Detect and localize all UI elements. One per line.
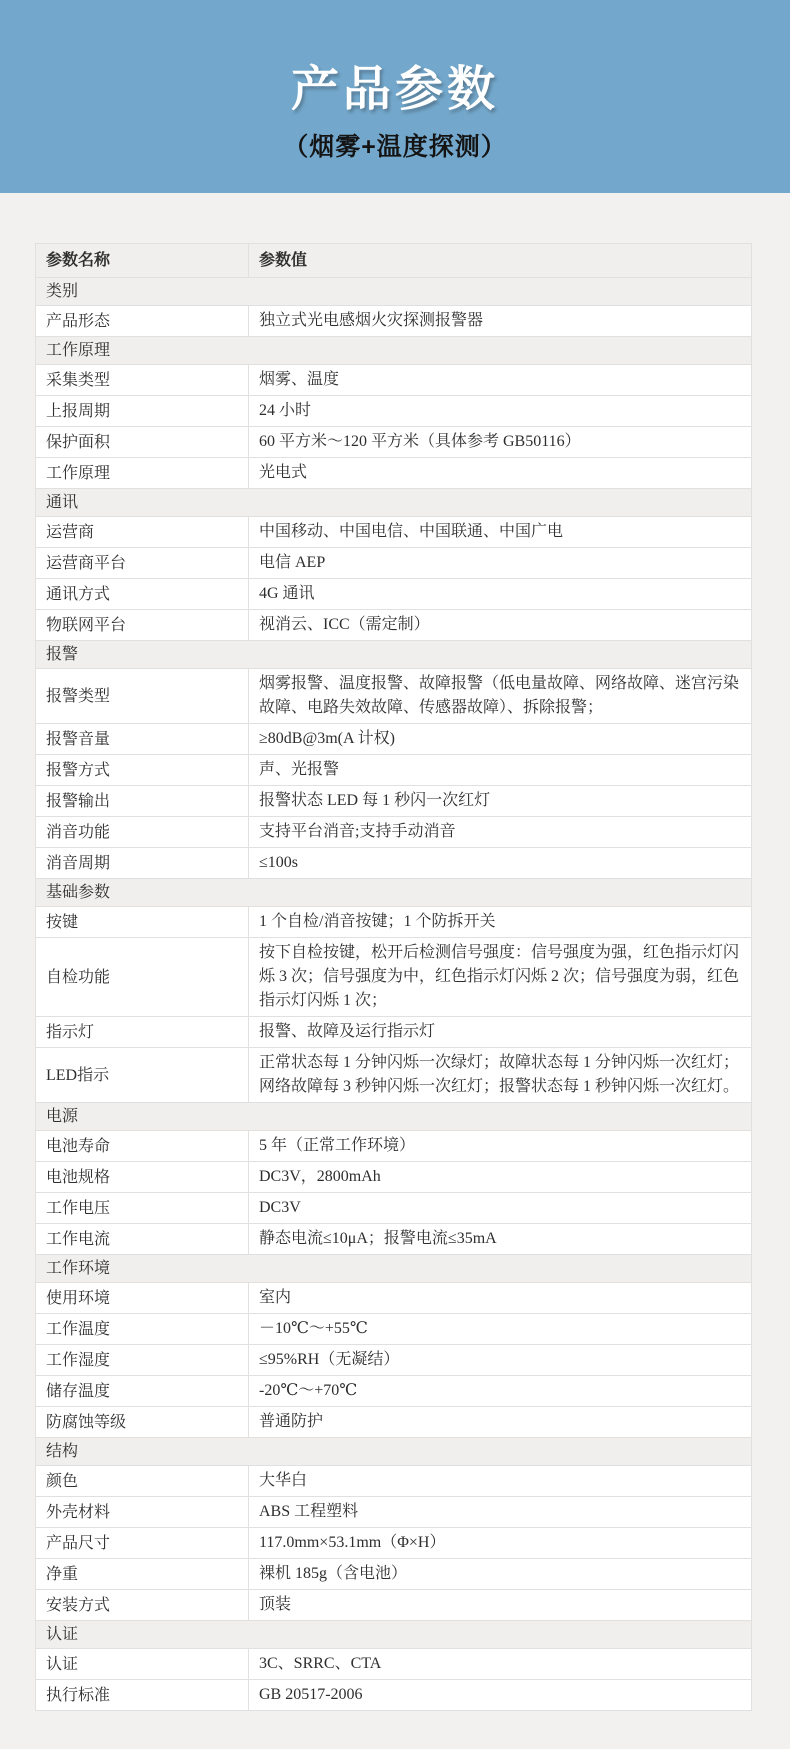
- param-name: 执行标准: [36, 1680, 249, 1711]
- param-row: 保护面积60 平方米～120 平方米（具体参考 GB50116）: [36, 427, 752, 458]
- param-value: 4G 通讯: [249, 579, 752, 610]
- param-value: ≤95%RH（无凝结）: [249, 1345, 752, 1376]
- param-name: 净重: [36, 1559, 249, 1590]
- param-name: 工作温度: [36, 1314, 249, 1345]
- param-value: 报警、故障及运行指示灯: [249, 1017, 752, 1048]
- param-name: LED指示: [36, 1048, 249, 1103]
- param-name: 报警输出: [36, 786, 249, 817]
- section-label: 工作环境: [36, 1255, 752, 1283]
- param-value: ≥80dB@3m(A 计权): [249, 724, 752, 755]
- section-label: 基础参数: [36, 879, 752, 907]
- param-name: 报警方式: [36, 755, 249, 786]
- param-value: －10℃～+55℃: [249, 1314, 752, 1345]
- param-name: 运营商: [36, 517, 249, 548]
- section-row: 工作环境: [36, 1255, 752, 1283]
- param-value: 烟雾报警、温度报警、故障报警（低电量故障、网络故障、迷宫污染故障、电路失效故障、…: [249, 669, 752, 724]
- banner: 产品参数 （烟雾+温度探测）: [0, 0, 790, 193]
- param-row: 产品形态独立式光电感烟火灾探测报警器: [36, 306, 752, 337]
- param-value: 裸机 185g（含电池）: [249, 1559, 752, 1590]
- spec-table: 参数名称 参数值 类别产品形态独立式光电感烟火灾探测报警器工作原理采集类型烟雾、…: [35, 243, 752, 1711]
- param-row: 使用环境室内: [36, 1283, 752, 1314]
- param-row: 外壳材料ABS 工程塑料: [36, 1497, 752, 1528]
- param-name: 保护面积: [36, 427, 249, 458]
- param-value: 独立式光电感烟火灾探测报警器: [249, 306, 752, 337]
- param-value: 光电式: [249, 458, 752, 489]
- param-value: 按下自检按键，松开后检测信号强度：信号强度为强，红色指示灯闪烁 3 次；信号强度…: [249, 938, 752, 1017]
- param-name: 自检功能: [36, 938, 249, 1017]
- param-name: 物联网平台: [36, 610, 249, 641]
- param-row: 指示灯报警、故障及运行指示灯: [36, 1017, 752, 1048]
- param-value: 24 小时: [249, 396, 752, 427]
- param-name: 运营商平台: [36, 548, 249, 579]
- param-row: 通讯方式4G 通讯: [36, 579, 752, 610]
- param-name: 使用环境: [36, 1283, 249, 1314]
- param-value: DC3V，2800mAh: [249, 1162, 752, 1193]
- param-value: 大华白: [249, 1466, 752, 1497]
- param-row: 自检功能按下自检按键，松开后检测信号强度：信号强度为强，红色指示灯闪烁 3 次；…: [36, 938, 752, 1017]
- page-subtitle: （烟雾+温度探测）: [0, 116, 790, 161]
- param-row: 防腐蚀等级普通防护: [36, 1407, 752, 1438]
- param-value: 正常状态每 1 分钟闪烁一次绿灯；故障状态每 1 分钟闪烁一次红灯；网络故障每 …: [249, 1048, 752, 1103]
- param-name: 认证: [36, 1649, 249, 1680]
- section-label: 通讯: [36, 489, 752, 517]
- param-row: 电池寿命5 年（正常工作环境）: [36, 1131, 752, 1162]
- param-name: 工作电压: [36, 1193, 249, 1224]
- spec-table-body: 类别产品形态独立式光电感烟火灾探测报警器工作原理采集类型烟雾、温度上报周期24 …: [36, 278, 752, 1711]
- param-name: 安装方式: [36, 1590, 249, 1621]
- param-row: 报警音量≥80dB@3m(A 计权): [36, 724, 752, 755]
- param-row: 工作电压DC3V: [36, 1193, 752, 1224]
- param-value: 顶装: [249, 1590, 752, 1621]
- section-row: 通讯: [36, 489, 752, 517]
- param-row: 安装方式顶装: [36, 1590, 752, 1621]
- param-value: 烟雾、温度: [249, 365, 752, 396]
- param-value: 室内: [249, 1283, 752, 1314]
- param-row: 工作温度－10℃～+55℃: [36, 1314, 752, 1345]
- param-value: 1 个自检/消音按键；1 个防拆开关: [249, 907, 752, 938]
- param-value: 5 年（正常工作环境）: [249, 1131, 752, 1162]
- param-name: 工作湿度: [36, 1345, 249, 1376]
- param-name: 工作电流: [36, 1224, 249, 1255]
- param-name: 报警类型: [36, 669, 249, 724]
- param-row: 物联网平台视消云、ICC（需定制）: [36, 610, 752, 641]
- param-row: 工作原理光电式: [36, 458, 752, 489]
- param-row: 净重裸机 185g（含电池）: [36, 1559, 752, 1590]
- column-header-name: 参数名称: [36, 244, 249, 278]
- param-value: 静态电流≤10μA；报警电流≤35mA: [249, 1224, 752, 1255]
- param-row: 电池规格DC3V，2800mAh: [36, 1162, 752, 1193]
- param-name: 上报周期: [36, 396, 249, 427]
- param-value: GB 20517-2006: [249, 1680, 752, 1711]
- section-label: 工作原理: [36, 337, 752, 365]
- param-name: 外壳材料: [36, 1497, 249, 1528]
- param-name: 报警音量: [36, 724, 249, 755]
- section-row: 报警: [36, 641, 752, 669]
- param-value: 普通防护: [249, 1407, 752, 1438]
- section-row: 电源: [36, 1103, 752, 1131]
- param-value: 电信 AEP: [249, 548, 752, 579]
- section-label: 类别: [36, 278, 752, 306]
- param-row: 消音周期≤100s: [36, 848, 752, 879]
- param-value: DC3V: [249, 1193, 752, 1224]
- param-name: 消音周期: [36, 848, 249, 879]
- param-name: 采集类型: [36, 365, 249, 396]
- param-value: 报警状态 LED 每 1 秒闪一次红灯: [249, 786, 752, 817]
- param-row: 工作湿度≤95%RH（无凝结）: [36, 1345, 752, 1376]
- param-value: ≤100s: [249, 848, 752, 879]
- param-name: 消音功能: [36, 817, 249, 848]
- param-row: 颜色大华白: [36, 1466, 752, 1497]
- param-name: 储存温度: [36, 1376, 249, 1407]
- param-row: LED指示正常状态每 1 分钟闪烁一次绿灯；故障状态每 1 分钟闪烁一次红灯；网…: [36, 1048, 752, 1103]
- param-row: 采集类型烟雾、温度: [36, 365, 752, 396]
- section-row: 认证: [36, 1621, 752, 1649]
- param-value: 117.0mm×53.1mm（Φ×H）: [249, 1528, 752, 1559]
- param-value: 60 平方米～120 平方米（具体参考 GB50116）: [249, 427, 752, 458]
- param-name: 电池寿命: [36, 1131, 249, 1162]
- param-row: 按键1 个自检/消音按键；1 个防拆开关: [36, 907, 752, 938]
- param-row: 储存温度-20℃～+70℃: [36, 1376, 752, 1407]
- param-row: 上报周期24 小时: [36, 396, 752, 427]
- param-row: 报警方式声、光报警: [36, 755, 752, 786]
- param-row: 消音功能支持平台消音;支持手动消音: [36, 817, 752, 848]
- param-row: 认证3C、SRRC、CTA: [36, 1649, 752, 1680]
- param-row: 运营商平台电信 AEP: [36, 548, 752, 579]
- param-name: 指示灯: [36, 1017, 249, 1048]
- param-value: 支持平台消音;支持手动消音: [249, 817, 752, 848]
- param-row: 报警类型烟雾报警、温度报警、故障报警（低电量故障、网络故障、迷宫污染故障、电路失…: [36, 669, 752, 724]
- section-row: 基础参数: [36, 879, 752, 907]
- param-name: 颜色: [36, 1466, 249, 1497]
- param-name: 通讯方式: [36, 579, 249, 610]
- column-header-value: 参数值: [249, 244, 752, 278]
- param-value: 视消云、ICC（需定制）: [249, 610, 752, 641]
- param-value: ABS 工程塑料: [249, 1497, 752, 1528]
- param-name: 防腐蚀等级: [36, 1407, 249, 1438]
- param-name: 产品形态: [36, 306, 249, 337]
- section-label: 结构: [36, 1438, 752, 1466]
- param-value: -20℃～+70℃: [249, 1376, 752, 1407]
- param-row: 执行标准GB 20517-2006: [36, 1680, 752, 1711]
- section-label: 电源: [36, 1103, 752, 1131]
- param-name: 按键: [36, 907, 249, 938]
- param-row: 报警输出报警状态 LED 每 1 秒闪一次红灯: [36, 786, 752, 817]
- param-value: 3C、SRRC、CTA: [249, 1649, 752, 1680]
- section-row: 工作原理: [36, 337, 752, 365]
- param-row: 产品尺寸117.0mm×53.1mm（Φ×H）: [36, 1528, 752, 1559]
- param-name: 电池规格: [36, 1162, 249, 1193]
- param-name: 工作原理: [36, 458, 249, 489]
- section-label: 报警: [36, 641, 752, 669]
- section-row: 结构: [36, 1438, 752, 1466]
- section-label: 认证: [36, 1621, 752, 1649]
- section-row: 类别: [36, 278, 752, 306]
- param-row: 运营商中国移动、中国电信、中国联通、中国广电: [36, 517, 752, 548]
- param-value: 中国移动、中国电信、中国联通、中国广电: [249, 517, 752, 548]
- param-row: 工作电流静态电流≤10μA；报警电流≤35mA: [36, 1224, 752, 1255]
- param-name: 产品尺寸: [36, 1528, 249, 1559]
- page-title: 产品参数: [0, 0, 790, 116]
- param-value: 声、光报警: [249, 755, 752, 786]
- table-header-row: 参数名称 参数值: [36, 244, 752, 278]
